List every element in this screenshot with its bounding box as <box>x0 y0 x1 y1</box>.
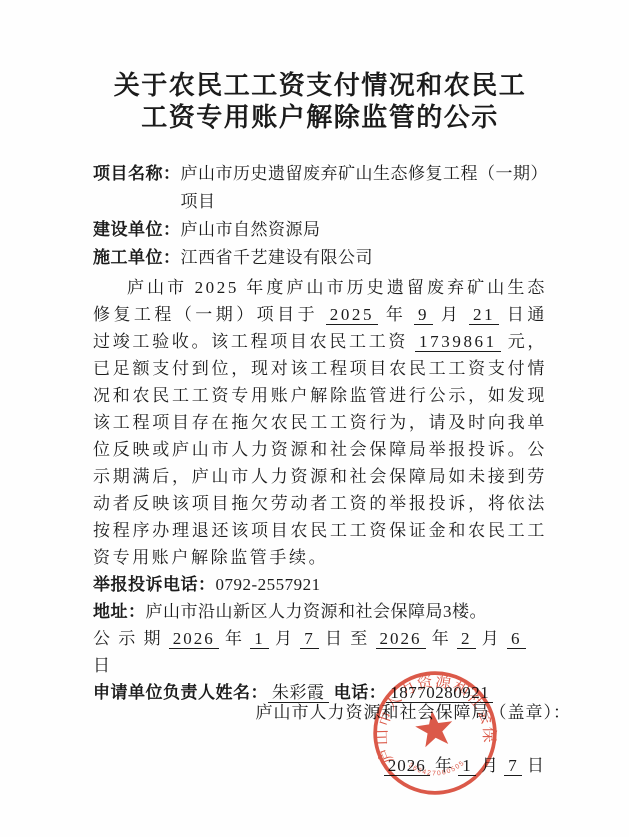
document-content: 关于农民工工资支付情况和农民工 工资专用账户解除监管的公示 项目名称： 庐山市历… <box>93 70 547 706</box>
report-phone-value: 0792-2557921 <box>216 575 321 594</box>
notice-document-page: 关于农民工工资支付情况和农民工 工资专用账户解除监管的公示 项目名称： 庐山市历… <box>0 0 629 837</box>
field-value: 江西省千艺建设有限公司 <box>181 244 374 272</box>
text-segment: 日 至 <box>319 629 376 648</box>
text-segment: 月 <box>269 629 301 648</box>
filled-value: 1739861 <box>415 332 501 352</box>
field-label: 施工单位： <box>93 244 181 272</box>
text-segment: 月 <box>476 629 508 648</box>
address-line: 地址：庐山市沿山新区人力资源和社会保障局3楼。 <box>93 598 547 625</box>
notice-title-line2: 工资专用账户解除监管的公示 <box>93 102 547 134</box>
filled-value: 7 <box>504 756 522 776</box>
filled-value: 7 <box>300 629 319 649</box>
signature-date: 2026 年 1 月 7 日 <box>384 751 545 776</box>
filled-value: 2026 <box>169 629 219 649</box>
notice-title-line1: 关于农民工工资支付情况和农民工 <box>93 70 547 102</box>
field-label: 建设单位： <box>93 216 181 244</box>
project-info-fields: 项目名称： 庐山市历史遗留废弃矿山生态修复工程（一期）项目 建设单位： 庐山市自… <box>93 160 547 272</box>
address-label: 地址： <box>93 602 146 621</box>
text-segment: 公 示 期 <box>93 629 169 648</box>
notice-title: 关于农民工工资支付情况和农民工 工资专用账户解除监管的公示 <box>93 70 547 134</box>
filled-value: 2026 <box>376 629 426 649</box>
field-builder-unit: 施工单位： 江西省千艺建设有限公司 <box>93 244 547 272</box>
filled-value: 1 <box>458 756 476 776</box>
filled-value: 6 <box>507 629 526 649</box>
report-phone-label: 举报投诉电话： <box>93 575 216 594</box>
text-segment: 月 <box>476 756 505 775</box>
publicity-period-line: 公 示 期 2026 年 1 月 7 日 至 2026 年 2 月 6 日 <box>93 625 547 679</box>
filled-value: 1 <box>250 629 269 649</box>
text-segment: 日 <box>522 756 545 775</box>
filled-value: 2 <box>457 629 476 649</box>
filled-value: 2026 <box>384 756 430 776</box>
text-segment: 月 <box>433 305 469 324</box>
notice-body-paragraph: 庐山市 2025 年度庐山市历史遗留废弃矿山生态修复工程（一期）项目于 2025… <box>93 274 547 571</box>
text-segment: 年 <box>430 756 459 775</box>
report-phone-line: 举报投诉电话：0792-2557921 <box>93 571 547 598</box>
text-segment: 元，已足额支付到位，现对该工程项目农民工工资支付情况和农民工工资专用账户解除监管… <box>93 332 547 567</box>
address-value: 庐山市沿山新区人力资源和社会保障局3楼。 <box>146 602 488 621</box>
segment-label: 申请单位负责人姓名： <box>93 683 268 702</box>
text-segment: 年 <box>378 305 414 324</box>
filled-value: 9 <box>414 305 433 325</box>
filled-value: 2025 <box>326 305 378 325</box>
signature-unit-line: 庐山市人力资源和社会保障局（盖章）： <box>256 698 572 723</box>
field-project-name: 项目名称： 庐山市历史遗留废弃矿山生态修复工程（一期）项目 <box>93 160 547 216</box>
text-segment: 年 <box>219 629 251 648</box>
filled-value: 21 <box>469 305 499 325</box>
field-value: 庐山市历史遗留废弃矿山生态修复工程（一期）项目 <box>181 160 548 216</box>
text-segment: 年 <box>426 629 458 648</box>
text-segment: 日 <box>93 656 112 675</box>
field-label: 项目名称： <box>93 160 181 216</box>
field-construction-unit: 建设单位： 庐山市自然资源局 <box>93 216 547 244</box>
field-value: 庐山市自然资源局 <box>181 216 321 244</box>
